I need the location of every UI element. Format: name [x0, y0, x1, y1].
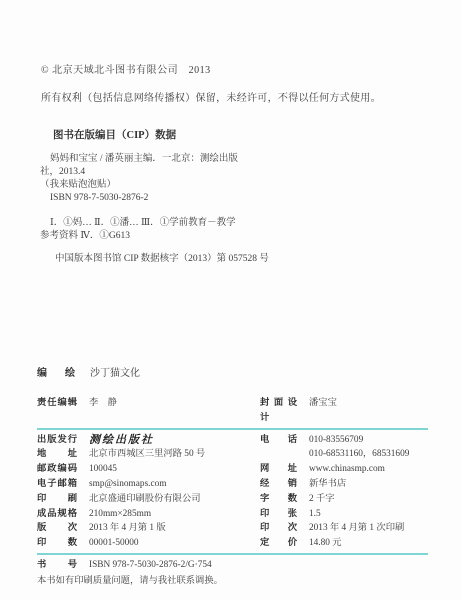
label-postcode: 邮政编码	[37, 462, 77, 477]
cip-class-line1: Ⅰ．①妈… Ⅱ．①潘… Ⅲ．①学前教育－教学	[50, 217, 421, 230]
table-row: 印数00001-50000 定价14.80 元	[37, 536, 428, 551]
label-impression: 印次	[260, 521, 297, 536]
value-phone-2: 010-68531160，68531609	[309, 447, 409, 462]
value-printer: 北京盛通印刷股份有限公司	[89, 492, 201, 507]
cip-block: 图书在版编目（CIP）数据 妈妈和宝宝 / 潘英丽主编．一北京：测绘出版 社，2…	[40, 129, 421, 266]
value-edition: 2013 年 4 月第 1 版	[89, 521, 166, 536]
label-printer: 印刷	[37, 492, 77, 507]
value-price: 14.80 元	[309, 536, 342, 551]
label-email: 电子邮箱	[37, 477, 77, 492]
table-row: 版次2013 年 4 月第 1 版 印次2013 年 4 月第 1 次印刷	[37, 521, 428, 536]
cip-class-line2: 参考资料 Ⅳ．①G613	[40, 230, 421, 243]
value-address: 北京市西城区三里河路 50 号	[89, 447, 205, 462]
label-format: 成品规格	[37, 507, 77, 522]
table-row: 责任编辑李 静 封面设计潘宝宝	[37, 396, 428, 426]
credits-value: 沙丁猫文化	[90, 368, 140, 379]
label-cover-design: 封面设计	[260, 396, 297, 426]
cip-series-line: （我来贴泡泡贴）	[40, 179, 421, 192]
value-distributor: 新华书店	[309, 477, 346, 492]
value-sheets: 1.5	[309, 507, 321, 522]
book-copyright-page: © 北京天域北斗图书有限公司 2013 所有权利（包括信息网络传播权）保留，未经…	[0, 0, 461, 600]
cip-publisher-line: 社，2013.4	[40, 166, 421, 179]
cip-isbn: ISBN 978-7-5030-2876-2	[50, 192, 421, 205]
label-distributor: 经销	[260, 477, 297, 492]
value-cover-design: 潘宝宝	[309, 396, 337, 426]
label-editor: 责任编辑	[37, 396, 77, 426]
colophon-table: 责任编辑李 静 封面设计潘宝宝 出版发行测绘出版社 电话010-83556709…	[37, 396, 428, 589]
accent-divider	[37, 428, 428, 430]
value-print-run: 00001-50000	[89, 536, 139, 551]
table-row: 邮政编码100045 网址www.chinasmp.com	[37, 462, 428, 477]
publisher-logo: 测绘出版社	[89, 433, 154, 448]
quality-note: 本书如有印刷质量问题，请与我社联系调换。	[37, 574, 428, 589]
cip-book-line: 妈妈和宝宝 / 潘英丽主编．一北京：测绘出版	[50, 153, 421, 166]
accent-divider	[37, 553, 428, 555]
value-format: 210mm×285mm	[89, 507, 151, 522]
label-book-number: 书号	[37, 558, 77, 573]
value-website: www.chinasmp.com	[309, 462, 385, 477]
cip-record-number: 中国版本图书馆 CIP 数据核字（2013）第 057528 号	[55, 253, 421, 266]
table-row: 印刷北京盛通印刷股份有限公司 字数2 千字	[37, 492, 428, 507]
label-word-count: 字数	[260, 492, 297, 507]
label-print-run: 印数	[37, 536, 77, 551]
table-row: 书号ISBN 978-7-5030-2876-2/G·754	[37, 558, 428, 573]
value-phone: 010-83556709	[309, 433, 363, 448]
value-book-number: ISBN 978-7-5030-2876-2/G·754	[89, 558, 212, 573]
value-postcode: 100045	[89, 462, 117, 477]
label-address: 地址	[37, 447, 77, 462]
credits-label: 编绘	[37, 364, 75, 379]
rights-statement: 所有权利（包括信息网络传播权）保留，未经许可，不得以任何方式使用。	[41, 89, 431, 104]
value-editor: 李 静	[89, 396, 117, 426]
value-email: smp@sinomaps.com	[89, 477, 167, 492]
label-edition: 版次	[37, 521, 77, 536]
label-publisher: 出版发行	[37, 433, 77, 448]
label-price: 定价	[260, 536, 297, 551]
table-row: 地址北京市西城区三里河路 50 号 010-68531160，68531609	[37, 447, 428, 462]
label-website: 网址	[260, 462, 297, 477]
value-word-count: 2 千字	[309, 492, 335, 507]
label-sheets: 印张	[260, 507, 297, 522]
table-row: 电子邮箱smp@sinomaps.com 经销新华书店	[37, 477, 428, 492]
table-row: 出版发行测绘出版社 电话010-83556709	[37, 433, 428, 448]
copyright-block: © 北京天域北斗图书有限公司 2013 所有权利（包括信息网络传播权）保留，未经…	[41, 61, 431, 104]
table-row: 成品规格210mm×285mm 印张1.5	[37, 507, 428, 522]
copyright-line: © 北京天域北斗图书有限公司 2013	[41, 61, 431, 76]
credits-row: 编绘沙丁猫文化	[37, 364, 140, 379]
cip-title: 图书在版编目（CIP）数据	[53, 129, 421, 142]
label-phone: 电话	[260, 433, 297, 448]
value-impression: 2013 年 4 月第 1 次印刷	[309, 521, 404, 536]
